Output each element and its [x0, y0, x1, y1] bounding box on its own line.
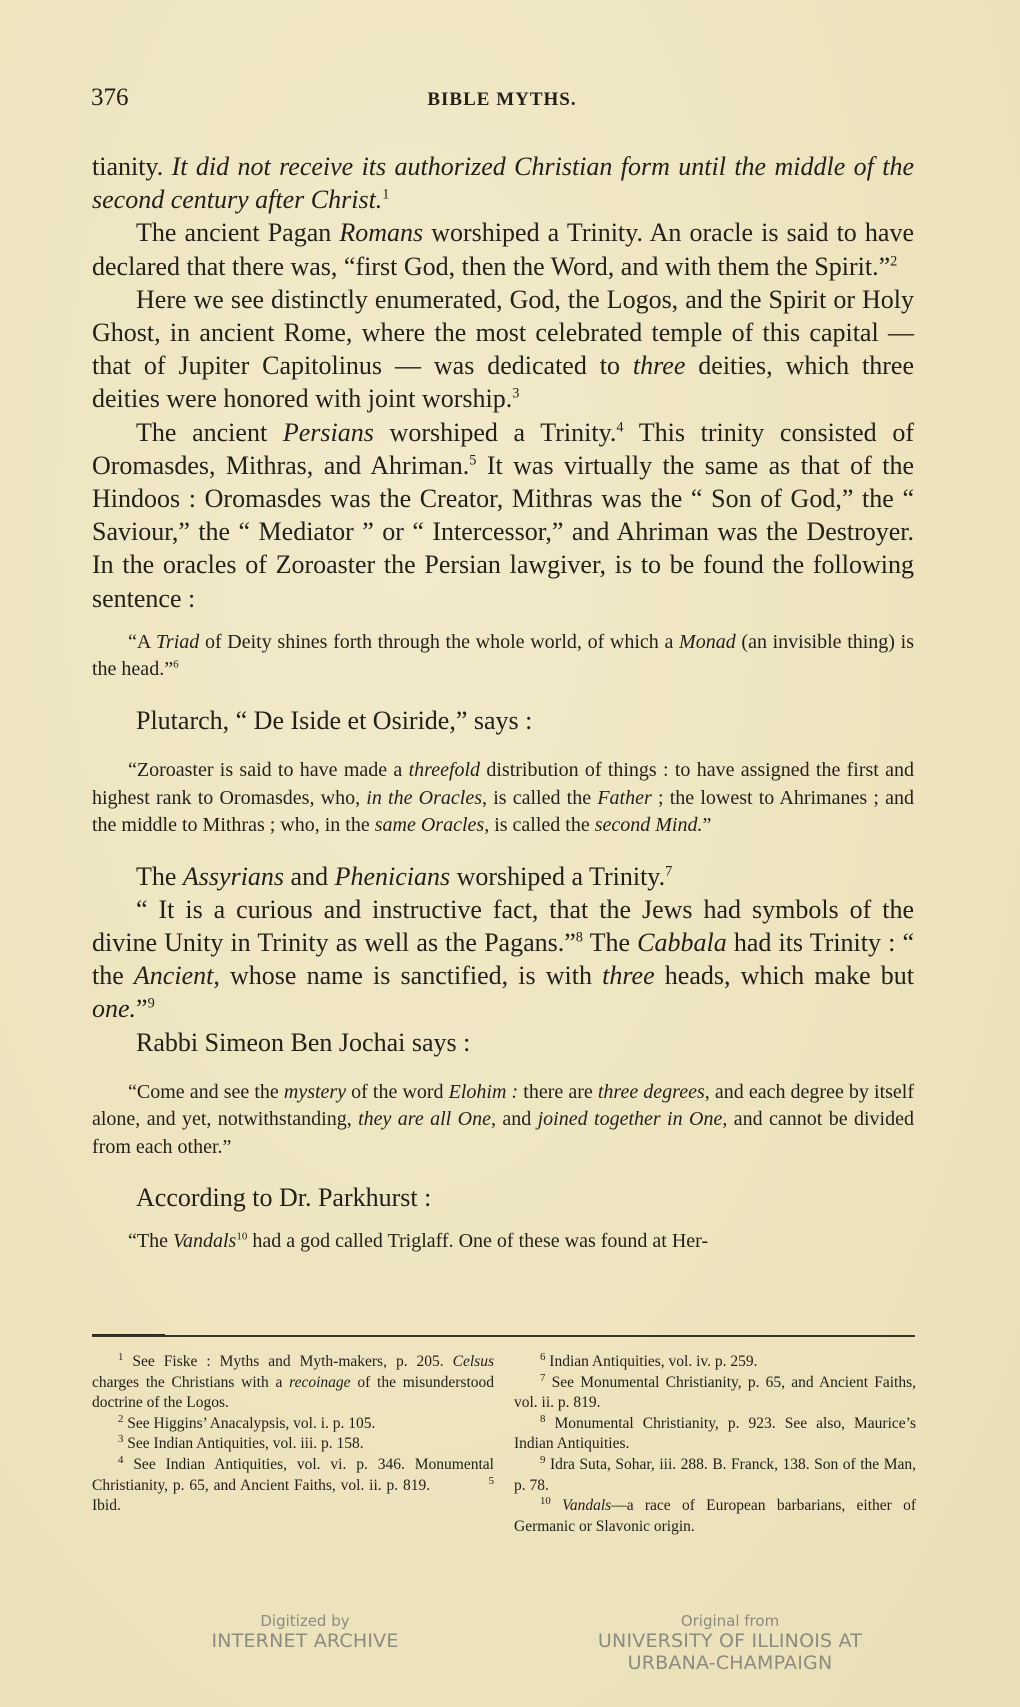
footnote-6: 6 Indian Antiquities, vol. iv. p. 259.	[514, 1352, 916, 1373]
footnote-7: 7 See Monumental Christianity, p. 65, an…	[514, 1373, 916, 1414]
footnote-2: 2 See Higgins’ Anacalypsis, vol. i. p. 1…	[92, 1414, 494, 1435]
footnote-ref[interactable]: 2	[890, 253, 897, 269]
spacer	[92, 1214, 914, 1228]
block-quote-vandals: “The Vandals10 had a god called Triglaff…	[92, 1228, 914, 1256]
footnote-ref[interactable]: 3	[512, 386, 519, 402]
running-head: 376 BIBLE MYTHS.	[91, 84, 913, 114]
footnote-10: 10 Vandals—a race of European barbarians…	[514, 1496, 916, 1537]
footnote-ref[interactable]: 4	[616, 419, 623, 435]
paragraph-logos: Here we see distinctly enumerated, God, …	[92, 283, 914, 416]
footnote-ref[interactable]: 1	[382, 187, 389, 203]
footnote-ref[interactable]: 7	[665, 863, 672, 879]
paragraph-assyrians: The Assyrians and Phenicians worshiped a…	[92, 860, 914, 893]
footnote-1: 1 See Fiske : Myths and Myth-makers, p. …	[92, 1352, 494, 1414]
block-quote-elohim: “Come and see the mystery of the word El…	[92, 1079, 914, 1162]
paragraph-parkhurst: According to Dr. Parkhurst :	[92, 1181, 914, 1214]
footnote-ref[interactable]: 6	[173, 659, 179, 671]
paragraph-1: tianity. It did not receive its authoriz…	[92, 150, 914, 216]
footnote-9: 9 Idra Suta, Sohar, iii. 288. B. Franck,…	[514, 1455, 916, 1496]
running-title: BIBLE MYTHS.	[91, 89, 913, 111]
block-quote-triad: “A Triad of Deity shines forth through t…	[92, 629, 914, 684]
footnote-ref[interactable]: 9	[148, 996, 155, 1012]
footnote-separator	[92, 1335, 915, 1337]
paragraph-romans: The ancient Pagan Romans worshiped a Tri…	[92, 216, 914, 282]
original-from-credit: Original from UNIVERSITY OF ILLINOIS AT …	[570, 1612, 890, 1674]
spacer	[92, 840, 914, 860]
footnotes-left-column: 1 See Fiske : Myths and Myth-makers, p. …	[92, 1352, 494, 1517]
spacer	[92, 615, 914, 629]
footnotes-right-column: 6 Indian Antiquities, vol. iv. p. 259. 7…	[514, 1352, 916, 1537]
footnote-3: 3 See Indian Antiquities, vol. iii. p. 1…	[92, 1434, 494, 1455]
footnote-8: 8 Monumental Christianity, p. 923. See a…	[514, 1414, 916, 1455]
body-text: tianity. It did not receive its authoriz…	[92, 150, 914, 1256]
paragraph-rabbi: Rabbi Simeon Ben Jochai says :	[92, 1026, 914, 1059]
spacer	[92, 737, 914, 757]
block-quote-zoroaster: “Zoroaster is said to have made a threef…	[92, 757, 914, 840]
footnote-4-5: 4 See Indian Antiquities, vol. vi. p. 34…	[92, 1455, 494, 1517]
digitized-by-credit: Digitized by INTERNET ARCHIVE	[180, 1612, 430, 1652]
spacer	[92, 1059, 914, 1079]
book-page: 376 BIBLE MYTHS. tianity. It did not rec…	[0, 0, 1020, 1707]
paragraph-plutarch: Plutarch, “ De Iside et Osiride,” says :	[92, 704, 914, 737]
paragraph-persians: The ancient Persians worshiped a Trinity…	[92, 416, 914, 615]
spacer	[92, 1161, 914, 1181]
paragraph-cabbala: “ It is a curious and instructive fact, …	[92, 893, 914, 1026]
footnote-ref[interactable]: 8	[576, 929, 583, 945]
spacer	[92, 684, 914, 704]
footnote-ref[interactable]: 10	[236, 1231, 247, 1243]
